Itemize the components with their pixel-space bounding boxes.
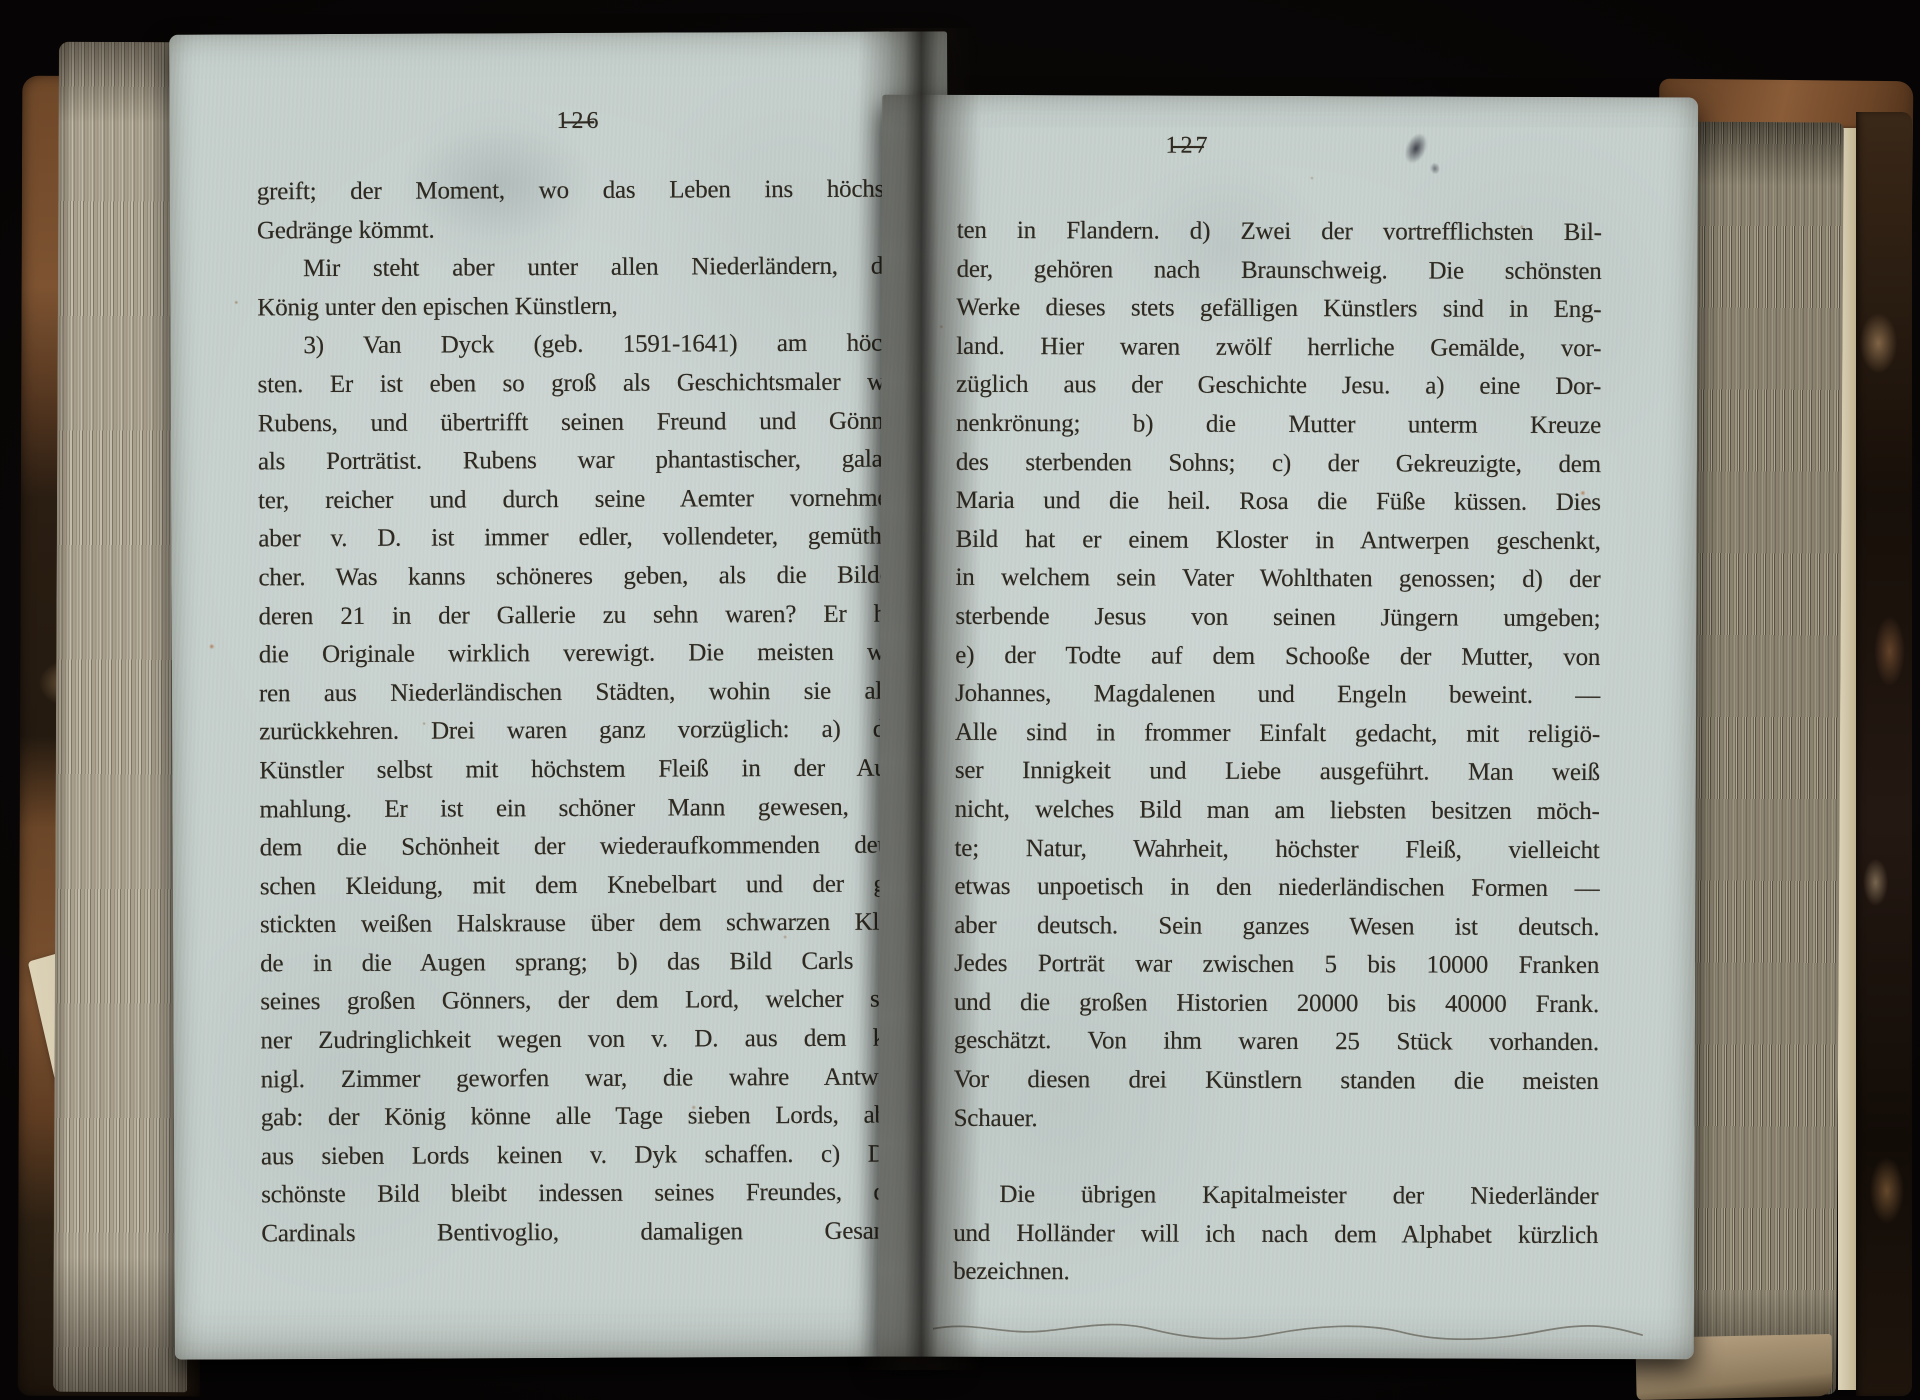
text-line: etwas unpoetisch in den niederländischen…	[954, 868, 1599, 909]
text-line: nigl. Zimmer geworfen war, die wahre Ant…	[261, 1058, 906, 1099]
text-line: Johannes, Magdalenen und Engeln beweint.…	[955, 675, 1600, 716]
text-line: stickten weißen Halskrause über dem schw…	[260, 904, 905, 945]
text-line: aber v. D. ist immer edler, vollendeter,…	[258, 518, 903, 559]
text-line: sten. Er ist eben so groß als Geschichts…	[258, 363, 903, 404]
text-line: ner Zudringlichkeit wegen von v. D. aus …	[260, 1020, 905, 1061]
text-line: dem die Schönheit der wiederaufkommenden…	[260, 827, 905, 868]
header-dash: —	[1172, 132, 1205, 159]
page-text-block: greift; der Moment, wo das Leben ins höc…	[257, 171, 907, 1254]
text-line: der, gehören nach Braunschweig. Die schö…	[957, 250, 1602, 291]
text-line: König unter den epischen Künstlern,	[257, 286, 902, 327]
header-dash: —	[563, 107, 596, 134]
text-line: ser Innigkeit und Liebe ausgeführt. Man …	[955, 752, 1600, 793]
text-line: sterbende Jesus von seinen Jüngern umgeb…	[955, 598, 1600, 639]
text-line: ter, reicher und durch seine Aemter vorn…	[258, 479, 903, 520]
text-line: und Holländer will ich nach dem Alphabet…	[953, 1215, 1598, 1256]
text-line: Gedränge kömmt.	[257, 209, 902, 250]
text-line: e) der Todte auf dem Schooße der Mutter,…	[955, 636, 1600, 677]
text-line: aus sieben Lords keinen v. Dyk schaffen.…	[261, 1135, 906, 1176]
text-line: geschätzt. Von ihm waren 25 Stück vorhan…	[954, 1022, 1599, 1063]
text-line: 3) Van Dyck (geb. 1591-1641) am höch-	[257, 325, 902, 366]
page-text-block: ten in Flandern. d) Zwei der vortrefflic…	[953, 212, 1602, 1294]
right-page: — 127 — ten in Flandern. d) Zwei der vor…	[878, 95, 1698, 1360]
text-line: Rubens, und übertrifft seinen Freund und…	[258, 402, 903, 443]
text-line: in welchem sein Vater Wohlthaten genosse…	[955, 559, 1600, 600]
text-line: nenkrönung; b) die Mutter unterm Kreuze	[956, 405, 1601, 446]
text-line: Maria und die heil. Rosa die Füße küssen…	[956, 482, 1601, 523]
text-line: Vor diesen drei Künstlern standen die me…	[954, 1061, 1599, 1102]
text-line: Mir steht aber unter allen Niederländern…	[257, 248, 902, 289]
text-line: ten in Flandern. d) Zwei der vortrefflic…	[957, 212, 1602, 253]
text-line: des sterbenden Sohns; c) der Gekreuzigte…	[956, 443, 1601, 484]
text-line: schönste Bild bleibt indessen seines Fre…	[261, 1174, 906, 1215]
text-line: gab: der König könne alle Tage sieben Lo…	[261, 1097, 906, 1138]
text-line: bezeichnen.	[953, 1253, 1598, 1294]
left-page: — 126 — greift; der Moment, wo das Leben…	[169, 31, 953, 1359]
text-line: de in die Augen sprang; b) das Bild Carl…	[260, 942, 905, 983]
text-line: Künstler selbst mit höchstem Fleiß in de…	[259, 749, 904, 790]
text-line: seines großen Gönners, der dem Lord, wel…	[260, 981, 905, 1022]
page-header: — 127 —	[882, 145, 1494, 147]
text-line: züglich aus der Geschichte Jesu. a) eine…	[956, 366, 1601, 407]
text-line: cher. Was kanns schöneres geben, als die…	[258, 556, 903, 597]
text-line: aber deutsch. Sein ganzes Wesen ist deut…	[954, 907, 1599, 948]
text-line: Die übrigen Kapitalmeister der Niederlän…	[953, 1176, 1598, 1217]
text-line: Schauer.	[954, 1099, 1599, 1140]
page-header: — 126 —	[256, 120, 901, 123]
text-line: Alle sind in frommer Einfalt gedacht, mi…	[955, 714, 1600, 755]
text-line: te; Natur, Wahrheit, höchster Fleiß, vie…	[955, 829, 1600, 870]
text-line: zurückkehren. Drei waren ganz vorzüglich…	[259, 711, 904, 752]
text-line: und die großen Historien 20000 bis 40000…	[954, 984, 1599, 1025]
paper-crease-line	[933, 1291, 1643, 1353]
page-edges-right	[1684, 122, 1844, 1395]
text-line: Werke dieses stets gefälligen Künstlers …	[956, 289, 1601, 330]
ink-smudge	[1429, 162, 1441, 176]
text-line: Jedes Porträt war zwischen 5 bis 10000 F…	[954, 945, 1599, 986]
marbled-cover-right	[1856, 112, 1912, 1396]
text-line: schen Kleidung, mit dem Knebelbart und d…	[260, 865, 905, 906]
text-line: als Porträtist. Rubens war phantastische…	[258, 441, 903, 482]
text-line: ren aus Niederländischen Städten, wohin …	[259, 672, 904, 713]
text-line: mahlung. Er ist ein schöner Mann gewesen…	[259, 788, 904, 829]
text-line: land. Hier waren zwölf herrliche Gemälde…	[956, 328, 1601, 369]
text-line: deren 21 in der Gallerie zu sehn waren? …	[259, 595, 904, 636]
book-photo: — 126 — greift; der Moment, wo das Leben…	[0, 0, 1920, 1400]
ink-smudge	[1400, 130, 1431, 167]
text-line: die Originale wirklich verewigt. Die mei…	[259, 634, 904, 675]
text-line: Cardinals Bentivoglio, damaligen Gesand-	[261, 1213, 906, 1254]
text-line: Bild hat er einem Kloster in Antwerpen g…	[956, 521, 1601, 562]
text-line: greift; der Moment, wo das Leben ins höc…	[257, 171, 902, 212]
text-line: nicht, welches Bild man am liebsten besi…	[955, 791, 1600, 832]
